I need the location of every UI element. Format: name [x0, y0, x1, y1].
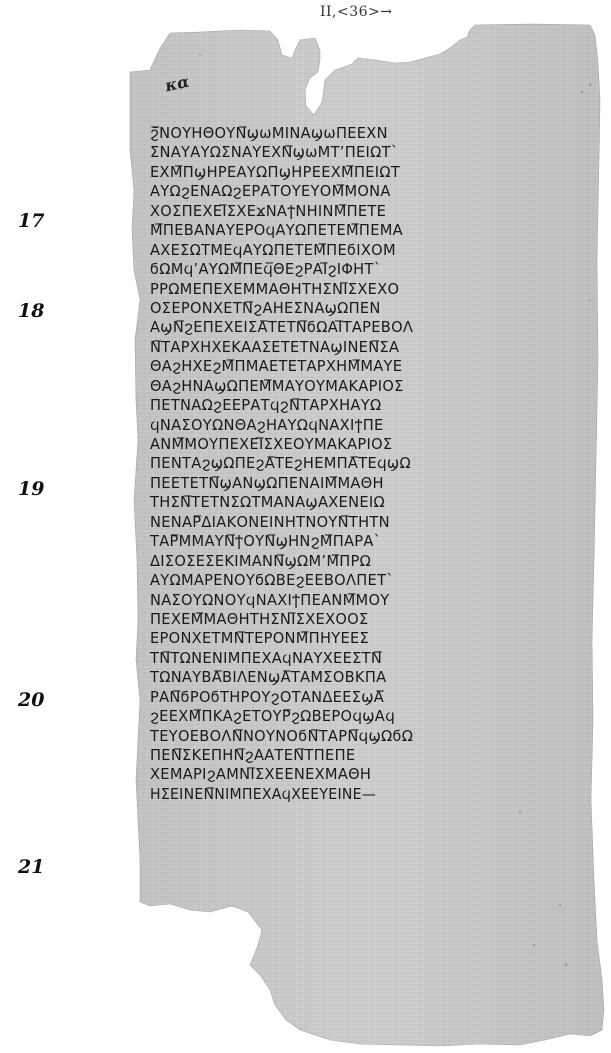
text-line: ΡΡΩΜΕΠΕΧΕΜΜΑΘΗΤΗΣΝΙ̅ΣΧΕΧΟ	[150, 280, 535, 299]
text-line: ΤΩΝΑΥΒΑ̅ΒΙΛΕΝϣΑ̅ΤΑΜΣΟΒΚΠΑ	[150, 668, 535, 687]
text-line: ϥΝΑΣΟΥΩΝΘΑϩΗΑΥΩϥΝΑΧΙϯΠΕ	[150, 416, 535, 435]
text-line: Μ̅ΠΕΒΑΝΑΥΕΡΟϥΑΥΩΠΕΤΕΜ̅ΠΕΜΑ	[150, 221, 535, 240]
text-line: ϭΩΜϥ’ΑΥΩΜ̅ΠΕϥ̅ΘΕϩΡΑΙ̅ϩΙΦΗΤˋ	[150, 260, 535, 279]
text-line: ΠΕΧΕΜ̅ΜΑΘΗΤΗΣΝΙ̅ΣΧΕΧΟΟΣ	[150, 610, 535, 629]
text-line: ΕΧΜ̅ΠϣΗΡΕΑΥΩΠϣΗΡΕΕΧΜ̅ΠΕΙΩΤ	[150, 163, 535, 182]
text-line: ΑΝΜ̅ΜΟΥΠΕΧΕΙ̅ΣΧΕΟΥΜΑΚΑΡΙΟΣ	[150, 435, 535, 454]
text-line: ΤΕΥΟΕΒΟΛΝ̅ΝΟΥΝΟϭΝ̅ΤΑΡΝ̅ϥϣΩϭΩ	[150, 727, 535, 746]
text-line: ΔΙΣΟΣΕΣΕΚΙΜΑΝΝ̅ϣΩΜ’Μ̅ΠΡΩ	[150, 552, 535, 571]
text-line: ΣΝΑΥΑΥΩΣΝΑΥΕΧΝ̅ϣωΜΤ’ΠΕΙΩΤˋ	[150, 143, 535, 162]
text-line: ΗΣΕΙΝΕΝ̅ΝΙΜΠΕΧΑϥΧΕΕΥΕΙΝΕ—	[150, 785, 520, 804]
verse-number: 21	[18, 856, 44, 878]
text-line: ΧΕΜΑΡΙϩΑΜΝΙ̅ΣΧΕΕΝΕΧΜΑΘΗ	[150, 765, 535, 784]
text-line: ΤΗΣΝ̅ΤΕΤΝΣΩΤΜΑΝΑϣΑΧΕΝΕΙΩ	[150, 493, 535, 512]
text-line: ΘΑϩΗΝΑϣΩΠΕΜ̅ΜΑΥΟΥΜΑΚΑΡΙΟΣ	[150, 377, 535, 396]
text-line: ΑΧΕΣΩΤΜΕϥΑΥΩΠΕΤΕΜ̅ΠΕϭΙΧΟΜ	[150, 241, 535, 260]
text-line: ΠΕΤΝΑΩϩΕΕΡΑΤϥϩΝ̅ΤΑΡΧΗΑΥΩ	[150, 396, 535, 415]
verse-number: 20	[18, 689, 44, 711]
text-line: ΑΥΩΜΑΡΕΝΟΥϭΩΒΕϩΕΕΒΟΛΠΕΤˋ	[150, 571, 535, 590]
text-line: ΑΥΩϩΕΝΑΩϩΕΡΑΤΟΥΕΥΟΜ̅ΜΟΝΑ	[150, 182, 535, 201]
text-line: ΘΑϩΗΧΕϩΜ̅ΠΜΑΕΤΕΤΑΡΧΗΜ̅ΜΑΥΕ	[150, 357, 535, 376]
text-line: ΝΕΝΑΡ̅ΔΙΑΚΟΝΕΙΝΗΤΝΟΥΝ̅ΤΗΤΝ	[150, 513, 535, 532]
text-line: ΧΟΣΠΕΧΕΙ̅ΣΧΕϫΝΑϯΝΗΙΝΜ̅ΠΕΤΕ	[150, 202, 535, 221]
text-line: ΝΑΣΟΥΩΝΟΥϥΝΑΧΙϯΠΕΑΝΜ̅ΜΟΥ	[150, 591, 535, 610]
text-line: ΟΣΕΡΟΝΧΕΤΝ̅ϩΑΗΕΣΝΑϣΩΠΕΝ	[150, 299, 535, 318]
text-line: ΑϣΝ̅ϩΕΠΕΧΕΙΣΑ̅ΤΕΤΝ̅ϭΩΑΙ̅ΤΑΡΕΒΟΛ	[150, 318, 535, 337]
text-line: ΤΑΡ̅ΜΜΑΥΝ̅ϯΟΥΝ̅ϣΗΝϩΜ̅ΠΑΡΑˋ	[150, 532, 535, 551]
verse-number: 19	[18, 478, 44, 500]
text-line: ϩ̅̄ΝΟΥΗΘΟΥΝ̅ϣωΜΙΝΑϣωΠΕΕΧΝ	[150, 124, 535, 143]
text-line: ΠΕΕΤΕΤΝ̅ϣΑΝϣΩΠΕΝΑΙΜ̅ΜΑΘΗ	[150, 474, 535, 493]
text-line: ΠΕΝ̅ΣΚΕΠΗΝ̅ϩΑΑΤΕΝ̅ΤΠΕΠΕ	[150, 746, 535, 765]
verse-number: 18	[18, 300, 44, 322]
text-line: ΤΝ̅ΤΩΝΕΝΙΜΠΕΧΑϥΝΑΥΧΕΕΣΤΝ̅	[150, 649, 535, 668]
text-line: ϩΕΕΧΜ̅ΠΚΑϩΕΤΟΥΡ̅ϩΩΒΕΡΟϥϣΑϥ	[150, 707, 535, 726]
coptic-text-column: ϩ̅̄ΝΟΥΗΘΟΥΝ̅ϣωΜΙΝΑϣωΠΕΕΧΝΣΝΑΥΑΥΩΣΝΑΥΕΧΝ̅…	[150, 124, 550, 804]
verse-number: 17	[18, 210, 44, 232]
text-line: ΠΕΝΤΑϩϣΩΠΕϩΑ̅ΤΕϩΗΕΜΠΑ̅ΤΕϥϣΩ	[150, 454, 535, 473]
text-line: Ν̅ΤΑΡΧΗΧΕΚΑΑΣΕΤΕΤΝΑϣΙΝΕΝ̅ΣΑ	[150, 338, 535, 357]
text-line: ΡΑΝ̅ϭΡΟϭΤΗΡΟΥϩΟΤΑΝΔΕΕΣϣΑ̅	[150, 688, 535, 707]
text-line: ΕΡΟΝΧΕΤΜΝ̅ΤΕΡΟΝΜ̅ΠΗΥΕΕΣ	[150, 629, 535, 648]
